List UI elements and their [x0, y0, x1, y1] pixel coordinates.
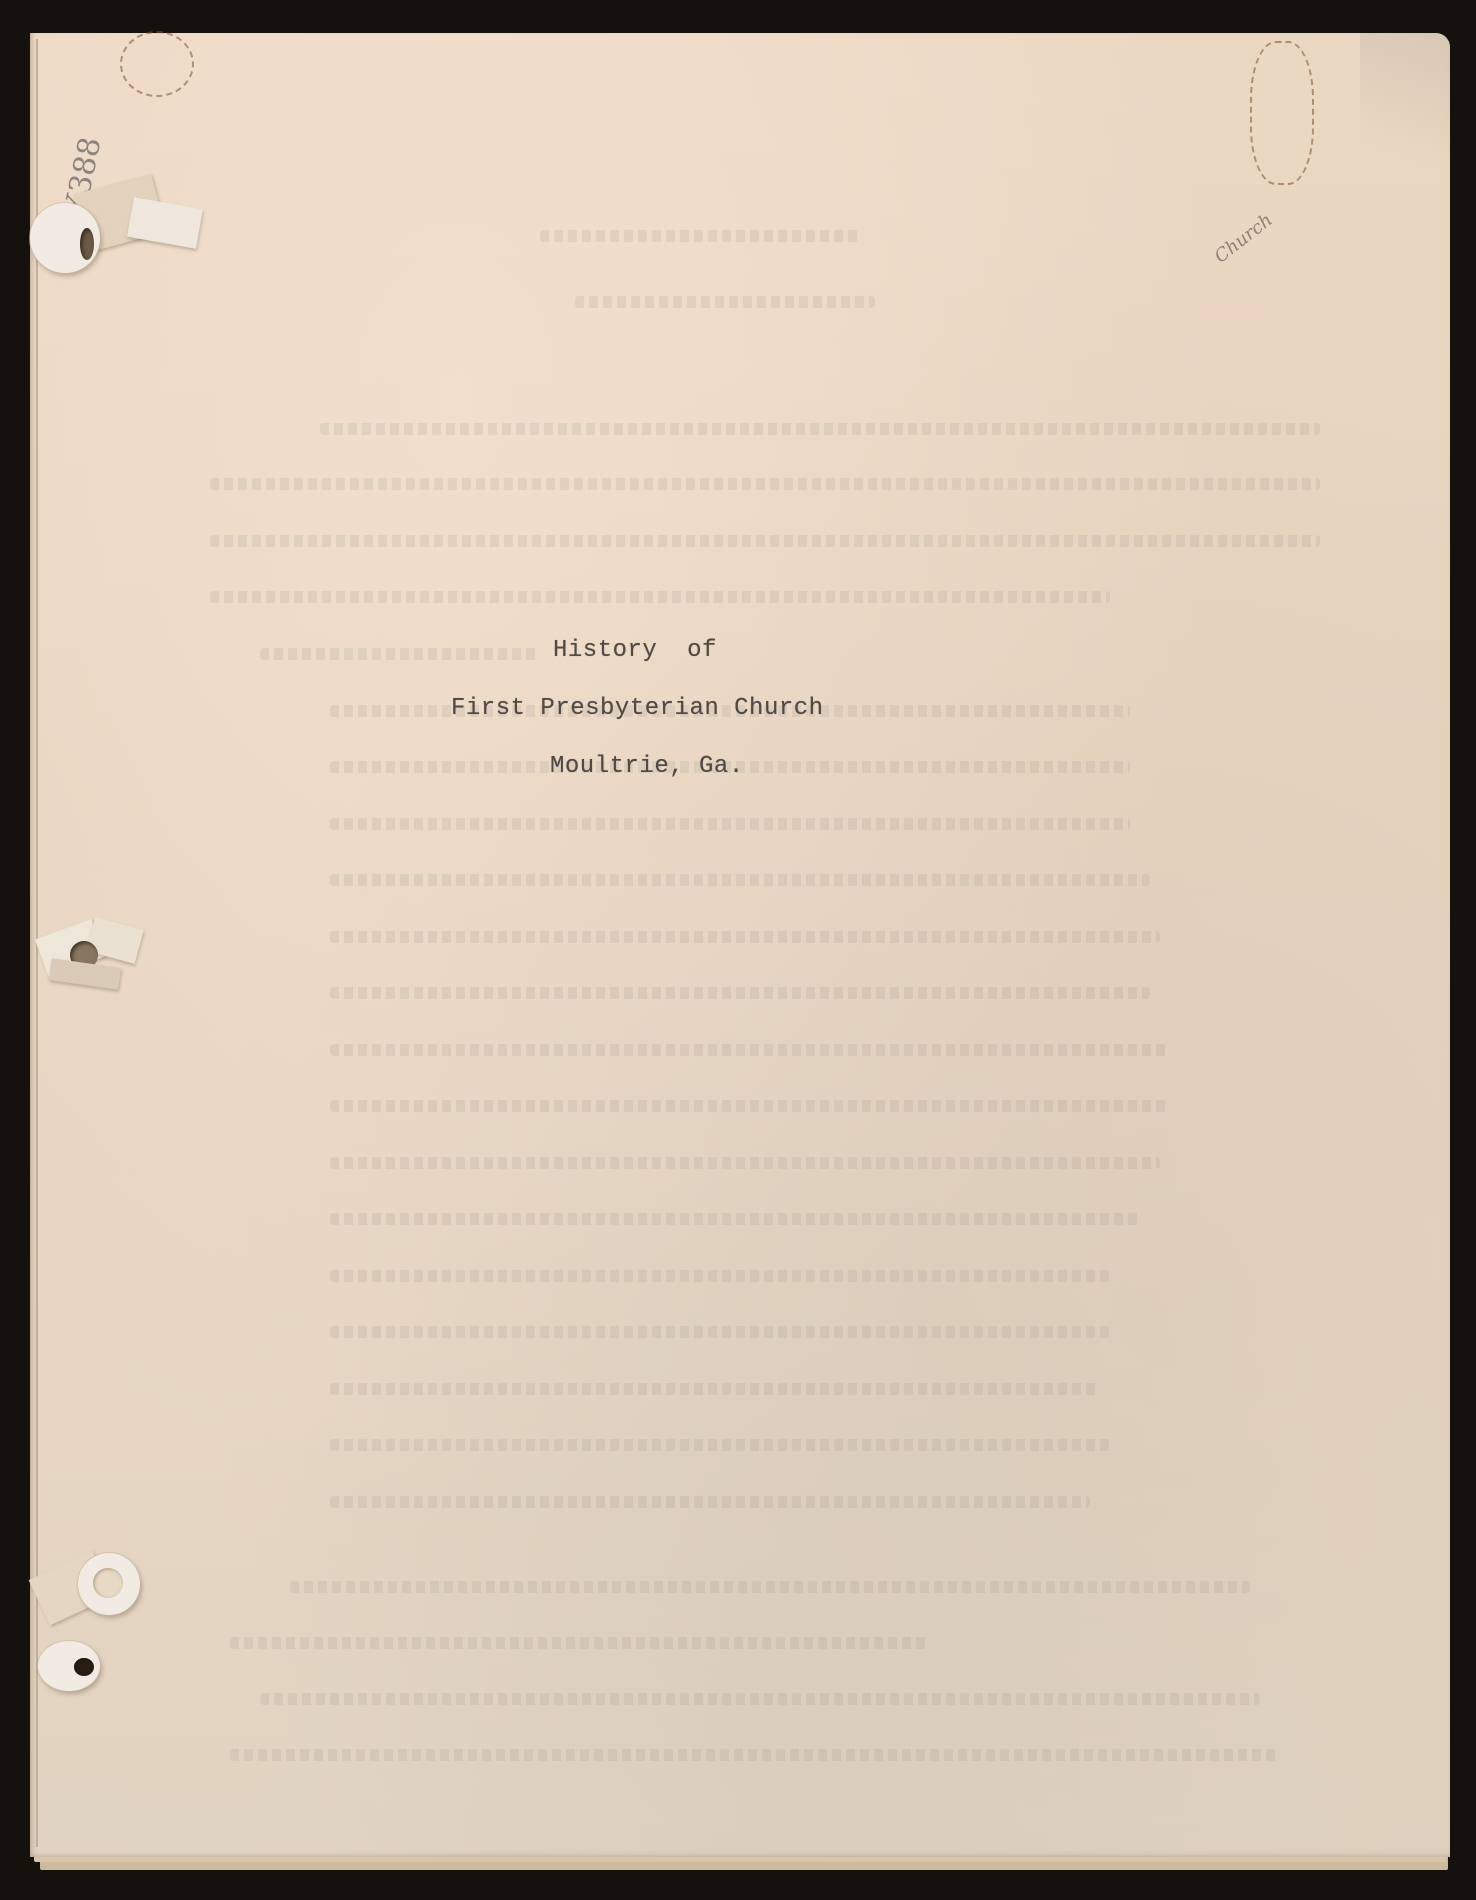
show-through-text [30, 33, 1450, 1857]
title-page: X388 Church History of First Presbyteria… [30, 33, 1450, 1857]
rust-mark [1250, 41, 1314, 185]
margin-note-church: Church [1211, 210, 1277, 268]
rust-mark [120, 31, 194, 97]
title-line-history-of: History of [553, 637, 717, 664]
document-scan: X388 Church History of First Presbyteria… [0, 0, 1476, 1900]
title-line-church-name: First Presbyterian Church [451, 695, 824, 722]
title-line-location: Moultrie, Ga. [550, 753, 744, 780]
corner-shading [1360, 33, 1450, 203]
